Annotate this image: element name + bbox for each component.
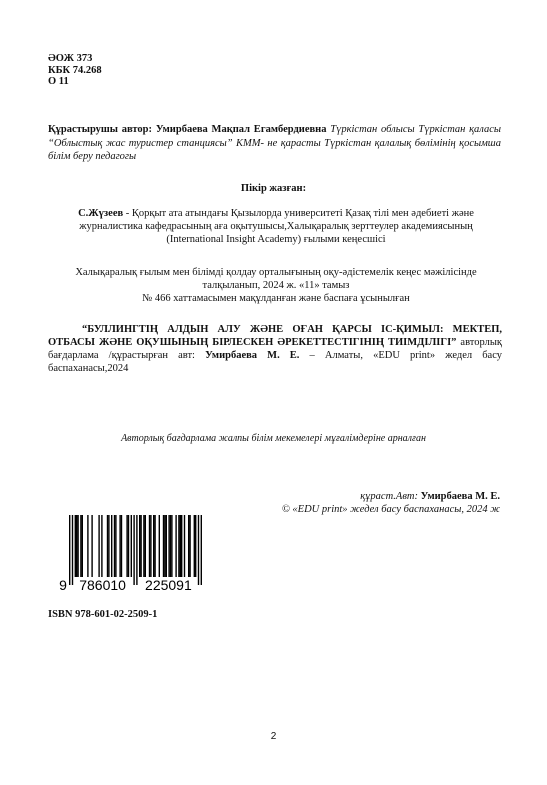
udk-code: ӘОЖ 373 (48, 53, 102, 65)
svg-text:225091: 225091 (145, 577, 192, 593)
page-number: 2 (0, 731, 547, 742)
approval-line-1: Халықаралық ғылым мен білімді қолдау орт… (52, 266, 500, 292)
isbn-barcode: 9786010225091 (59, 513, 204, 593)
classification-codes: ӘОЖ 373 КБК 74.268 О 11 (48, 53, 102, 88)
approval-block: Халықаралық ғылым мен білімді қолдау орт… (52, 266, 500, 305)
author-block: Құрастырушы автор: Умирбаева Мақпал Егам… (48, 123, 501, 164)
barcode-graphic: 9786010225091 (59, 513, 204, 593)
bbk-code: КБК 74.268 (48, 65, 102, 77)
reviewer-heading: Пікір жазған: (0, 183, 547, 194)
svg-text:786010: 786010 (79, 577, 126, 593)
reviewer-description: - Қорқыт ата атындағы Қызылорда универси… (79, 208, 474, 245)
reviewer-name: С.Жүзеев (78, 208, 123, 219)
isbn-number: ISBN 978-601-02-2509-1 (48, 609, 157, 620)
approval-line-2: № 466 хаттамасымен мақұлданған және басп… (52, 292, 500, 305)
audience-note: Авторлық бағдарлама жалпы білім мекемеле… (0, 433, 547, 444)
compiled-name: Умирбаева М. Е. (421, 491, 500, 502)
copyright-line: © «EDU print» жедел басу баспаханасы, 20… (282, 503, 500, 516)
reviewer-block: С.Жүзеев - Қорқыт ата атындағы Қызылорда… (52, 207, 500, 246)
author-mark: О 11 (48, 76, 102, 88)
svg-text:9: 9 (59, 577, 67, 593)
compiled-label: құраст.Авт: (360, 491, 420, 502)
author-name: Умирбаева Мақпал Егамбердиевна (156, 124, 327, 135)
copyright-block: құраст.Авт: Умирбаева М. Е. © «EDU print… (282, 490, 500, 516)
publication-author: Умирбаева М. Е. (205, 350, 299, 361)
publication-block: “БУЛЛИНГТІҢ АЛДЫН АЛУ ЖӘНЕ ОҒАН ҚАРСЫ ІС… (48, 323, 502, 375)
author-label: Құрастырушы автор: (48, 124, 152, 135)
publication-title: “БУЛЛИНГТІҢ АЛДЫН АЛУ ЖӘНЕ ОҒАН ҚАРСЫ ІС… (48, 324, 502, 348)
